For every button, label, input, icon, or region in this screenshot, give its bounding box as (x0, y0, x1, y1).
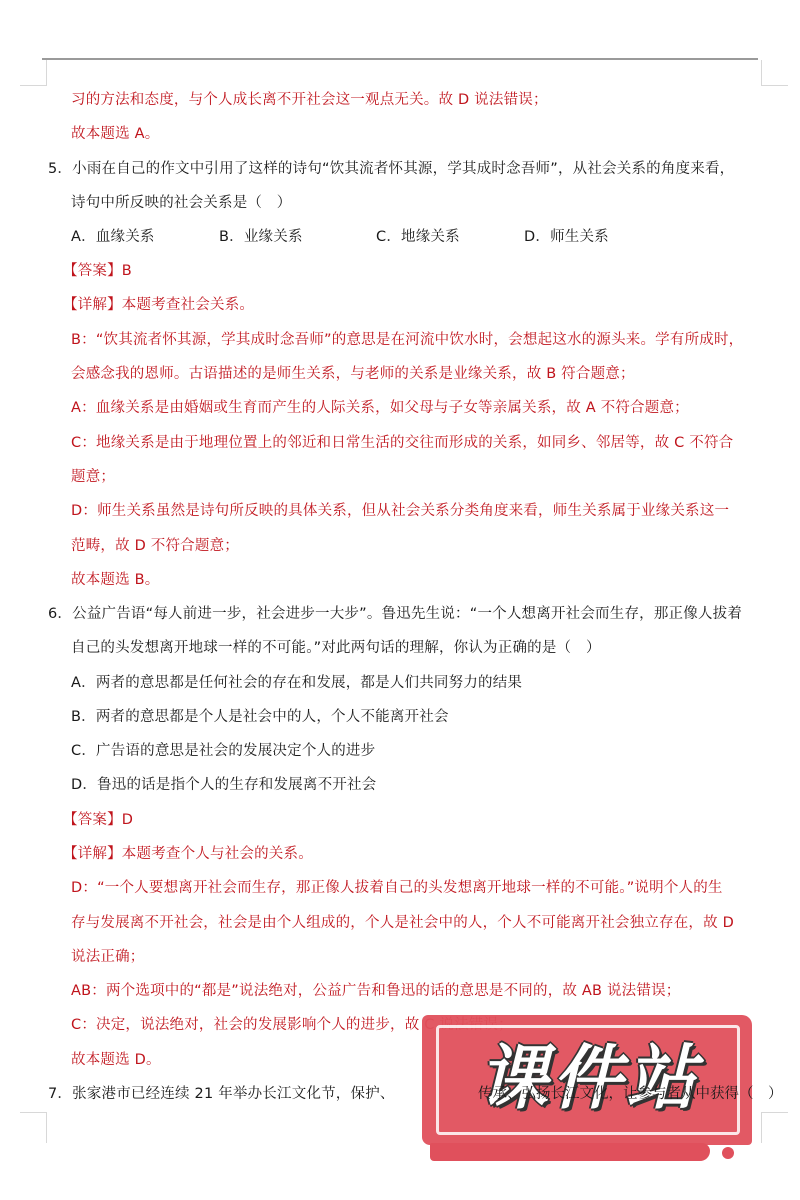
explain-line: 习的方法和态度，与个人成长离不开社会这一观点无关。故 D 说法错误； (71, 90, 548, 110)
question-6-final: 故本题选 D。 (71, 1050, 161, 1070)
page-top-border (42, 58, 758, 60)
question-7-stem-overlay: 传承、弘扬长江文化，让参与者从中获得（ ） (478, 1084, 783, 1104)
question-6-explain-line: 说法正确； (71, 947, 145, 967)
option-c: C．广告语的意思是社会的发展决定个人的进步 (71, 741, 375, 761)
option-a: A．血缘关系 (71, 227, 155, 247)
watermark-dot (722, 1147, 734, 1159)
watermark-text: 课件站 (444, 1033, 734, 1123)
watermark-bottom-strip (430, 1143, 710, 1161)
question-5-explain-line: B：“饮其流者怀其源，学其成时念吾师”的意思是在河流中饮水时，会想起这水的源头来… (71, 330, 743, 350)
question-6-stem-cont: 自己的头发想离开地球一样的不可能。”对此两句话的理解，你认为正确的是（ ） (71, 638, 601, 658)
option-d: D．鲁迅的话是指个人的生存和发展离不开社会 (71, 775, 376, 795)
option-b: B．业缘关系 (219, 227, 303, 247)
question-6-explain-line: AB：两个选项中的“都是”说法绝对，公益广告和鲁迅的话的意思是不同的，故 AB … (71, 981, 680, 1001)
question-5-explain-line: C：地缘关系是由于地理位置上的邻近和日常生活的交往而形成的关系，如同乡、邻居等，… (71, 433, 733, 453)
question-5-explain-title: 【详解】本题考查社会关系。 (63, 295, 254, 315)
question-5-stem-cont: 诗句中所反映的社会关系是（ ） (71, 193, 292, 213)
question-5-answer: 【答案】B (63, 261, 132, 281)
question-6-explain-line: 存与发展离不开社会，社会是由个人组成的，个人是社会中的人，个人不可能离开社会独立… (71, 913, 734, 933)
question-5-final: 故本题选 B。 (71, 570, 159, 590)
question-6-stem: 6．公益广告语“每人前进一步，社会进步一大步”。鲁迅先生说：“一个人想离开社会而… (48, 604, 742, 624)
question-7-stem: 7．张家港市已经连续 21 年举办长江文化节，保护、 (48, 1084, 395, 1104)
option-c: C．地缘关系 (376, 227, 460, 247)
option-d: D．师生关系 (524, 227, 609, 247)
question-5-explain-line: A：血缘关系是由婚姻或生育而产生的人际关系，如父母与子女等亲属关系，故 A 不符… (71, 398, 689, 418)
option-a: A．两者的意思都是任何社会的存在和发展，都是人们共同努力的结果 (71, 673, 522, 693)
page-corner-mark-bottom-left (20, 1112, 47, 1143)
page-corner-mark-top-left (20, 60, 47, 86)
question-6-explain-title: 【详解】本题考查个人与社会的关系。 (63, 844, 313, 864)
page-corner-mark-top-right (761, 60, 788, 86)
option-b: B．两者的意思都是个人是社会中的人，个人不能离开社会 (71, 707, 449, 727)
question-5-explain-line: 题意； (71, 467, 115, 487)
question-5-explain-line: D：师生关系虽然是诗句所反映的具体关系，但从社会关系分类角度来看，师生关系属于业… (71, 501, 729, 521)
question-6-explain-line: D：“一个人要想离开社会而生存，那正像人拔着自己的头发想离开地球一样的不可能。”… (71, 878, 723, 898)
question-6-answer: 【答案】D (63, 810, 133, 830)
question-5-stem: 5．小雨在自己的作文中引用了这样的诗句“饮其流者怀其源，学其成时念吾师”，从社会… (48, 159, 734, 179)
page-corner-mark-bottom-right (761, 1112, 788, 1143)
question-5-explain-line: 范畴，故 D 不符合题意； (71, 536, 239, 556)
final-answer-line: 故本题选 A。 (71, 124, 159, 144)
question-5-explain-line: 会感念我的恩师。古语描述的是师生关系，与老师的关系是业缘关系，故 B 符合题意； (71, 364, 635, 384)
